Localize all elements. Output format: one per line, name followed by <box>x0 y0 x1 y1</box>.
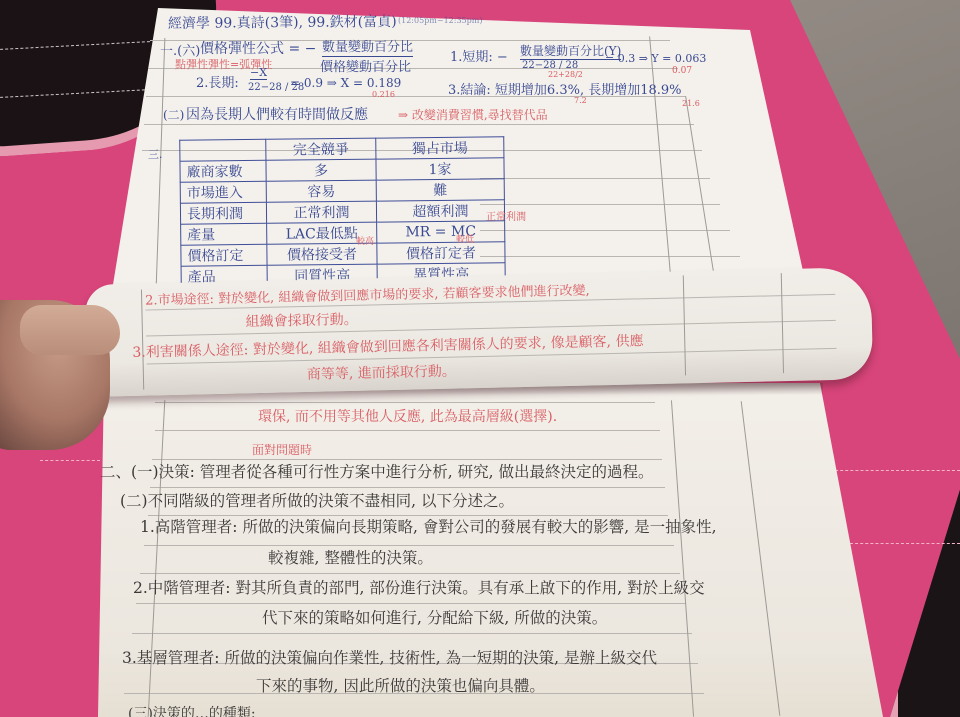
table-cell: 價格訂定 <box>181 244 267 266</box>
black-fabric-corner <box>890 457 960 717</box>
ruled-line <box>144 124 694 125</box>
red-annotation: 0.216 <box>372 90 395 99</box>
margin-line <box>781 273 784 373</box>
table-cell: 廠商家數 <box>180 160 266 182</box>
table-cell: 1家 <box>376 158 504 180</box>
formula-denominator: 價格變動百分比 <box>320 56 411 75</box>
ruled-line <box>132 633 692 634</box>
section3-label: 三. <box>148 146 163 162</box>
table-cell: 多 <box>266 159 376 181</box>
section2-label: (二) <box>163 106 184 123</box>
formula-numerator: 數量變動百分比 <box>322 36 413 57</box>
thumb <box>20 305 120 355</box>
table-cell: 難 <box>376 179 504 201</box>
table-cell: 容易 <box>266 180 376 202</box>
ruled-line <box>480 230 730 231</box>
section2-red-text: ⇒ 改變消費習慣,尋找替代品 <box>398 106 548 123</box>
market-approach-line2: 組織會採取行動。 <box>245 309 357 332</box>
ruled-line <box>136 603 686 604</box>
fabric-stitch <box>850 543 960 544</box>
manager-levels-intro: (二)不同階級的管理者所做的決策不盡相同, 以下分述之。 <box>120 489 514 511</box>
red-note-line: 環保, 而不用等其他人反應, 此為最高層級(選擇). <box>258 406 557 426</box>
long-term-label: 2.長期: <box>196 72 239 91</box>
table-header: 獨占市場 <box>376 137 504 159</box>
ruled-line <box>480 204 720 205</box>
ruled-line <box>480 178 710 179</box>
table-row: 價格訂定 價格接受者 價格訂定者 <box>181 242 505 266</box>
red-annotation: 正常利潤 <box>486 208 526 223</box>
decision-definition: 二、(一)決策: 管理者從各種可行性方案中進行分析, 研究, 做出最終決定的過程… <box>100 460 653 482</box>
red-annotation: 較低 <box>456 232 474 245</box>
conclusion: 3.結論: 短期增加6.3%, 長期增加18.9% <box>448 79 682 98</box>
middle-manager-line1: 2.中階管理者: 對其所負責的部門, 部份進行決策。具有承上啟下的作用, 對於上… <box>133 576 705 598</box>
top-manager-line2: 較複雜, 整體性的決策。 <box>268 546 433 568</box>
margin-line <box>683 275 686 375</box>
ruled-line <box>155 402 655 403</box>
table-header: 完全競爭 <box>266 138 376 160</box>
rolled-page[interactable]: 2.市場途徑: 對於變化, 組織會做到回應市場的要求, 若顧客要求他們進行改變,… <box>85 267 873 397</box>
red-annotation: 21.6 <box>682 99 700 108</box>
table-cell <box>180 139 266 161</box>
table-cell: 產量 <box>181 223 267 245</box>
long-term-result: = 0.9 ⇒ X = 0.189 <box>290 76 401 90</box>
short-term-label: 1.短期: − <box>450 46 508 65</box>
short-term-result: = 0.3 ⇒ Y = 0.063 <box>605 52 706 65</box>
table-header-row: 完全競爭 獨占市場 <box>180 137 504 161</box>
section2-text: 因為長期人們較有時間做反應 <box>186 104 368 124</box>
red-annotation: 較高 <box>356 234 374 247</box>
fabric-stitch <box>40 460 100 461</box>
middle-manager-line2: 代下來的策略如何進行, 分配給下級, 所做的決策。 <box>262 606 607 628</box>
stakeholder-approach-line2: 商等等, 進而採取行動。 <box>307 361 456 384</box>
ruled-line <box>150 487 665 488</box>
table-cell: MR = MC <box>377 221 505 243</box>
ruled-line <box>480 256 740 257</box>
margin-line <box>141 290 144 390</box>
red-annotation: 22+28/2 <box>548 70 583 79</box>
formula-title: 價格彈性公式 = − <box>200 38 316 58</box>
notes-header: 經濟學 99.真詩(3筆), 99.鉄材(富貞) <box>168 11 397 33</box>
table-row: 長期利潤 正常利潤 超額利潤 <box>180 200 504 224</box>
table-cell: 市場進入 <box>180 181 266 203</box>
top-manager-line1: 1.高階管理者: 所做的決策偏向長期策略, 會對公司的發展有較大的影響, 是一抽… <box>140 515 717 537</box>
first-line-manager-line1: 3.基層管理者: 所做的決策偏向作業性, 技術性, 為一短期的決策, 是辦上級交… <box>122 646 657 668</box>
ruled-line <box>155 430 660 431</box>
red-annotation: 0.07 <box>672 66 692 76</box>
red-annotation: 7.2 <box>574 96 587 105</box>
cutoff-line: (三)決策的…的種類: <box>128 703 256 717</box>
fabric-stitch <box>830 470 960 471</box>
red-insert-note: 面對問題時 <box>252 441 312 458</box>
ruled-line <box>140 573 680 574</box>
notes-time: (12:05pm~12:35pm) <box>398 16 482 25</box>
table-cell: 價格訂定者 <box>377 242 505 264</box>
first-line-manager-line2: 下來的事物, 因此所做的決策也偏向具體。 <box>256 674 545 696</box>
long-term-numerator: −X <box>250 66 267 80</box>
table-cell: 長期利潤 <box>180 202 266 224</box>
table-cell: 正常利潤 <box>266 201 376 223</box>
market-comparison-table: 完全競爭 獨占市場 廠商家數 多 1家 市場進入 容易 難 長期利潤 正常利潤 … <box>179 136 506 287</box>
